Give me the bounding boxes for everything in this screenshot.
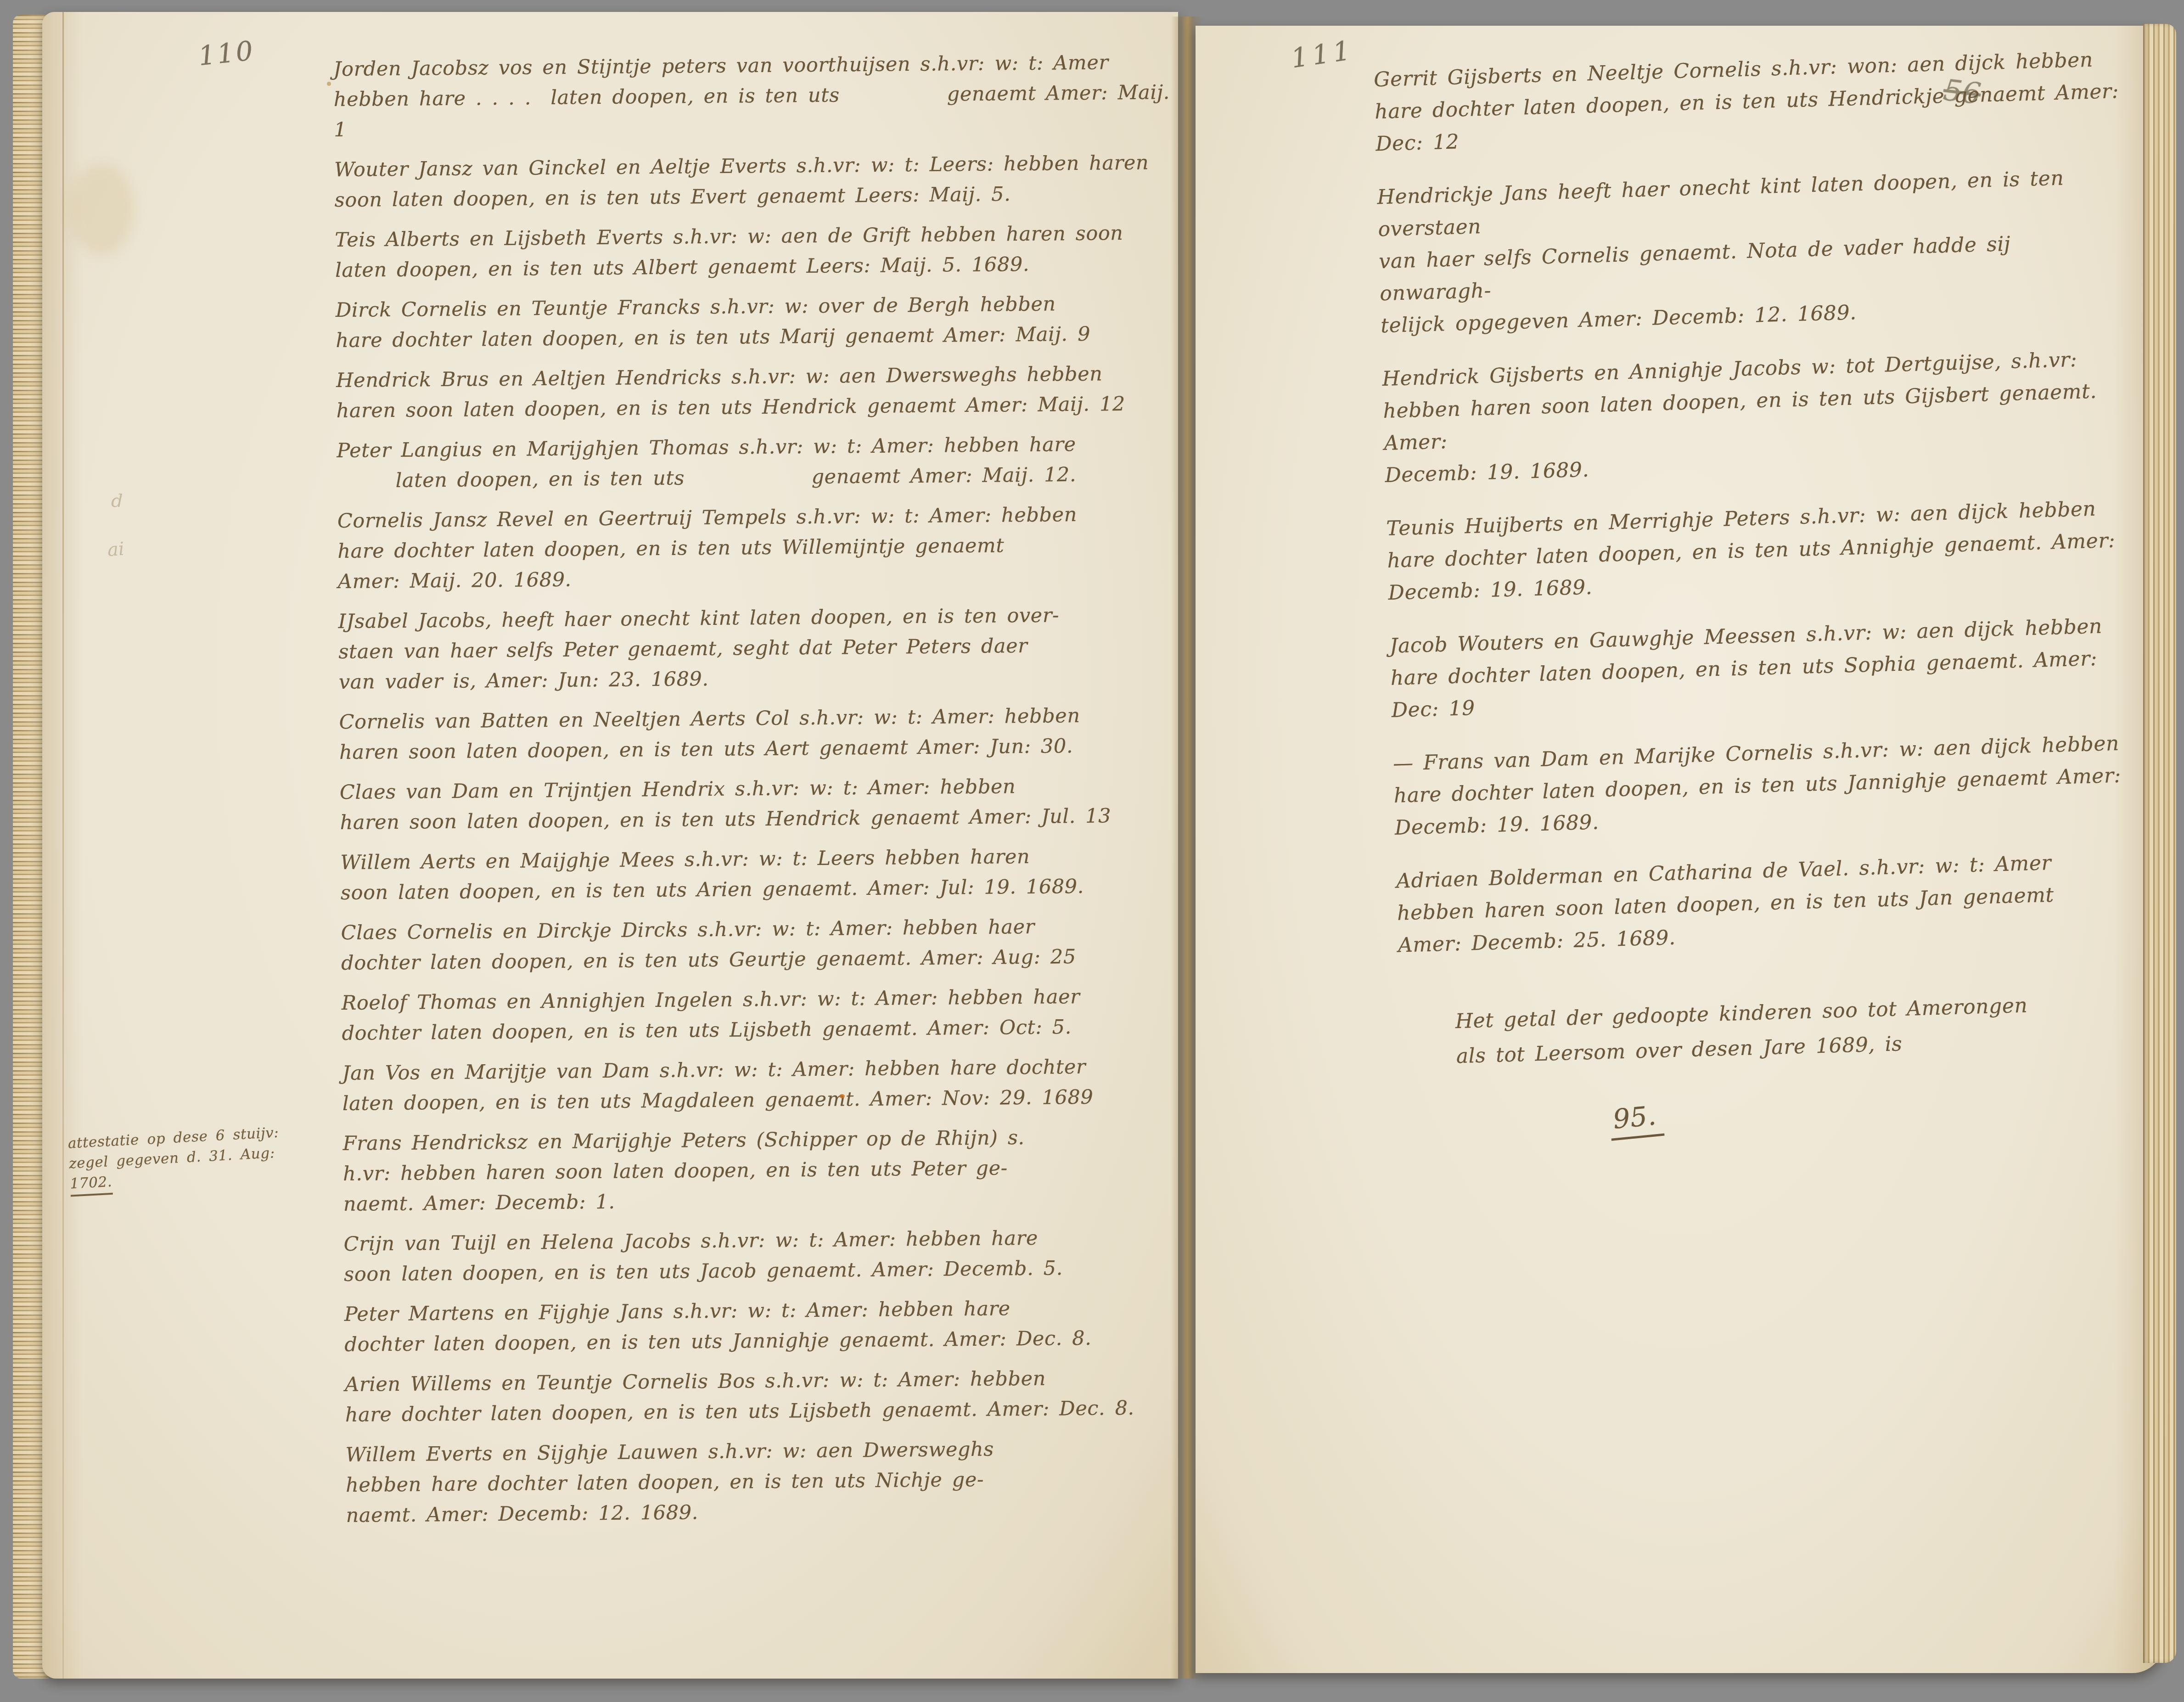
baptism-entry: Hendrick Gijsberts en Annighje Jacobs w:… xyxy=(1382,342,2138,492)
baptism-entry: Gerrit Gijsberts en Neeltje Cornelis s.h… xyxy=(1373,43,2128,161)
baptism-entry: Claes van Dam en Trijntjen Hendrix s.h.v… xyxy=(340,770,1185,838)
baptism-entry: Arien Willems en Teuntje Cornelis Bos s.… xyxy=(345,1362,1190,1430)
baptism-entry: Cornelis van Batten en Neeltjen Aerts Co… xyxy=(339,700,1184,768)
baptism-entries-right: Gerrit Gijsberts en Neeltje Cornelis s.h… xyxy=(1373,43,2156,1145)
baptism-entry: — Frans van Dam en Marijke Cornelis s.h.… xyxy=(1392,727,2148,844)
baptism-entry: Roelof Thomas en Annighjen Ingelen s.h.v… xyxy=(342,981,1187,1049)
baptism-entry: Crijn van Tuijl en Helena Jacobs s.h.vr:… xyxy=(343,1222,1189,1290)
paper-stain xyxy=(70,163,134,255)
bleed-through-mark: ai xyxy=(107,539,125,561)
baptism-entries-left: Jorden Jacobsz vos en Stijntje peters va… xyxy=(333,47,1191,1540)
baptism-entry: Jan Vos en Marijtje van Dam s.h.vr: w: t… xyxy=(342,1051,1187,1119)
baptism-entry: Hendrickje Jans heeft haer onecht kint l… xyxy=(1377,160,2134,342)
note-line: 1702. xyxy=(69,1172,112,1197)
baptism-entry: Frans Hendricksz en Marijghje Peters (Sc… xyxy=(342,1121,1188,1219)
entry-line: hebben hare . . . . laten doopen, en is … xyxy=(333,77,1179,145)
baptism-entry: Teis Alberts en Lijsbeth Everts s.h.vr: … xyxy=(335,218,1180,286)
baptism-entry: Cornelis Jansz Revel en Geertruij Tempel… xyxy=(337,499,1183,597)
page-number-right: 111 xyxy=(1289,34,1356,74)
paper-speck xyxy=(839,1094,845,1098)
page-right-111: 111 56 Gerrit Gijsberts en Neeltje Corne… xyxy=(1196,26,2164,1673)
baptism-entry: Hendrick Brus en Aeltjen Hendricks s.h.v… xyxy=(336,358,1181,426)
baptism-entry: Peter Langius en Marijghjen Thomas s.h.v… xyxy=(337,428,1182,496)
baptism-entry: Adriaen Bolderman en Catharina de Vael. … xyxy=(1396,844,2151,962)
page-left-110: 110 d ai Jorden Jacobsz vos en Stijntje … xyxy=(42,12,1178,1679)
manuscript-photo: 110 d ai Jorden Jacobsz vos en Stijntje … xyxy=(0,0,2184,1702)
open-register-book: 110 d ai Jorden Jacobsz vos en Stijntje … xyxy=(13,12,2176,1683)
page-number-left: 110 xyxy=(197,35,256,72)
baptism-entry: Peter Martens en Fijghje Jans s.h.vr: w:… xyxy=(344,1292,1190,1360)
right-page-edge-stack xyxy=(2143,24,2176,1663)
total-baptисms-count: 95. xyxy=(1608,1099,1664,1141)
baptism-entry: Teunis Huijberts en Merrighje Peters s.h… xyxy=(1386,492,2141,609)
baptism-entry: Willem Everts en Sijghje Lauwen s.h.vr: … xyxy=(345,1432,1191,1531)
baptism-entry: Dirck Cornelis en Teuntje Francks s.h.vr… xyxy=(335,288,1180,356)
baptism-entry: Willem Aerts en Maijghje Mees s.h.vr: w:… xyxy=(340,840,1185,908)
margin-note-attestatie: attestatie op dese 6 stuijv:zegel gegeve… xyxy=(67,1120,327,1196)
baptism-entry: Jacob Wouters en Gauwghje Meessen s.h.vr… xyxy=(1389,609,2145,727)
baptism-entry: IJsabel Jacobs, heeft haer onecht kint l… xyxy=(338,599,1184,697)
baptism-entry: Claes Cornelis en Dirckje Dircks s.h.vr:… xyxy=(341,910,1186,978)
paper-speck xyxy=(327,82,331,86)
bleed-through-mark: d xyxy=(111,490,123,511)
baptism-entry: Wouter Jansz van Ginckel en Aeltje Evert… xyxy=(334,147,1179,215)
baptism-entry: Jorden Jacobsz vos en Stijntje peters va… xyxy=(333,47,1179,145)
